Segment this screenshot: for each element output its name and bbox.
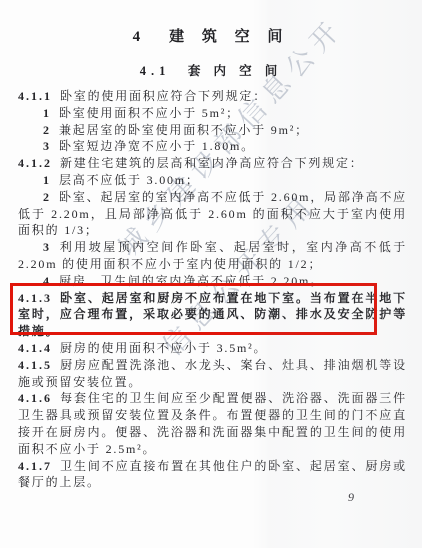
page-number: 9: [348, 490, 354, 505]
clause-number: 4.1.6: [18, 391, 52, 405]
clause-number: 4.1.4: [18, 341, 52, 355]
clause-4-1-2-item-1: 1层高不应低于 3.00m；: [18, 172, 407, 189]
clause-4-1-1-item-1: 1卧室使用面积不应小于 5m²；: [18, 105, 407, 122]
item-text: 利用坡屋顶内空间作卧室、起居室时，室内净高不低于 2.20m 的使用面积不应小于…: [18, 240, 407, 271]
clause-4-1-7: 4.1.7卫生间不应直接布置在其他住户的卧室、起居室、厨房或餐厅的上层。: [18, 458, 407, 492]
clause-number: 4.1.5: [18, 358, 52, 372]
clause-text: 新建住宅建筑的层高和室内净高应符合下列规定：: [60, 156, 364, 170]
item-number: 1: [43, 106, 51, 120]
clause-4-1-2: 4.1.2新建住宅建筑的层高和室内净高应符合下列规定：: [18, 155, 407, 172]
clause-4-1-4: 4.1.4厨房的使用面积不应小于 3.5m²。: [18, 340, 407, 357]
item-number: 3: [43, 139, 51, 153]
clause-4-1-2-item-3: 3利用坡屋顶内空间作卧室、起居室时，室内净高不低于 2.20m 的使用面积不应小…: [18, 239, 407, 273]
chapter-title: 4 建 筑 空 间: [0, 25, 422, 46]
item-text: 层高不应低于 3.00m；: [59, 173, 200, 187]
clause-4-1-1: 4.1.1卧室的使用面积应符合下列规定：: [18, 88, 407, 105]
item-number: 2: [43, 190, 51, 204]
clause-4-1-2-item-4: 4厨房、卫生间的室内净高不应低于 2.20m。: [18, 273, 407, 290]
clause-text: 每套住宅的卫生间应至少配置便器、洗浴器、洗面器三件卫生器具或预留安装位置及条件。…: [18, 391, 407, 455]
clause-text: 厨房的使用面积不应小于 3.5m²。: [60, 341, 267, 355]
item-number: 1: [43, 173, 51, 187]
clause-4-1-1-item-3: 3卧室短边净宽不应小于 1.80m。: [18, 138, 407, 155]
clause-text: 卧室、起居室和厨房不应布置在地下室。当布置在半地下室时，应合理布置，采取必要的通…: [18, 291, 407, 339]
clause-text: 厨房应配置洗涤池、水龙头、案台、灶具、排油烟机等设施或预留安装位置。: [18, 358, 407, 389]
clause-4-1-2-item-2: 2卧室、起居室的室内净高不应低于 2.60m，局部净高不应低于 2.20m，且局…: [18, 189, 407, 239]
document-page: 城乡建设部信息公开 信息公开专用 4 建 筑 空 间 4.1 套 内 空 间 4…: [0, 0, 422, 548]
clause-number: 4.1.3: [18, 291, 52, 305]
clause-number: 4.1.1: [18, 89, 52, 103]
clause-4-1-5: 4.1.5厨房应配置洗涤池、水龙头、案台、灶具、排油烟机等设施或预留安装位置。: [18, 357, 407, 391]
clause-text: 卧室的使用面积应符合下列规定：: [60, 89, 267, 103]
item-text: 兼起居室的卧室使用面积不应小于 9m²；: [59, 123, 309, 137]
clause-4-1-3: 4.1.3卧室、起居室和厨房不应布置在地下室。当布置在半地下室时，应合理布置，采…: [18, 290, 407, 340]
clause-number: 4.1.7: [18, 459, 52, 473]
item-text: 卧室短边净宽不应小于 1.80m。: [59, 139, 255, 153]
section-title: 4.1 套 内 空 间: [0, 61, 422, 79]
item-text: 厨房、卫生间的室内净高不应低于 2.20m。: [59, 274, 324, 288]
clause-number: 4.1.2: [18, 156, 52, 170]
clause-4-1-6: 4.1.6每套住宅的卫生间应至少配置便器、洗浴器、洗面器三件卫生器具或预留安装位…: [18, 390, 407, 457]
item-number: 3: [43, 240, 51, 254]
item-text: 卧室、起居室的室内净高不应低于 2.60m，局部净高不应低于 2.20m，且局部…: [18, 190, 407, 238]
item-text: 卧室使用面积不应小于 5m²；: [59, 106, 240, 120]
clause-text: 卫生间不应直接布置在其他住户的卧室、起居室、厨房或餐厅的上层。: [18, 459, 407, 490]
item-number: 4: [43, 274, 51, 288]
item-number: 2: [43, 123, 51, 137]
clause-4-1-1-item-2: 2兼起居室的卧室使用面积不应小于 9m²；: [18, 122, 407, 139]
